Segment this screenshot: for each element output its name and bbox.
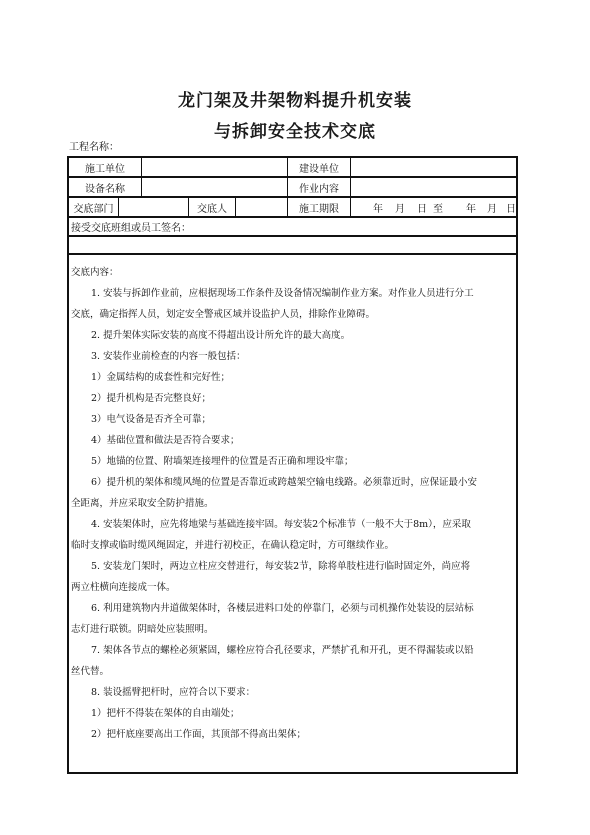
- content-line: 7. 架体各节点的螺栓必须紧固，螺栓应符合孔径要求，严禁扩孔和开孔，更不得漏装或…: [91, 642, 474, 656]
- signature-label: 接受交底班组或员工签名：: [71, 218, 191, 235]
- table-row-signature: 接受交底班组或员工签名：: [69, 218, 516, 237]
- equipment-name-field[interactable]: [141, 178, 287, 196]
- construction-unit-label: 施工单位: [69, 158, 141, 176]
- briefing-dept-label: 交底部门: [69, 198, 118, 216]
- content-line: 交底，确定指挥人员，划定安全警戒区域并设监护人员，排除作业障碍。: [71, 306, 375, 320]
- year-end: 年: [466, 200, 476, 215]
- content-line: 1）把杆不得装在架体的自由端处；: [91, 705, 240, 719]
- content-line: 丝代替。: [71, 663, 109, 677]
- builder-unit-field[interactable]: [350, 158, 516, 176]
- content-line: 全距离，并应采取安全防护措施。: [71, 495, 214, 509]
- table-row-equipment: 设备名称 作业内容: [69, 178, 516, 198]
- content-label: 交底内容：: [71, 264, 119, 278]
- work-content-label: 作业内容: [287, 178, 350, 196]
- briefer-field[interactable]: [235, 198, 287, 216]
- content-line: 6. 利用建筑物内井道做架体时，各楼层进料口处的停靠门，必须与司机操作处装设的层…: [91, 600, 474, 614]
- month-start: 月: [395, 200, 405, 215]
- equipment-name-label: 设备名称: [69, 178, 141, 196]
- year-start: 年: [373, 200, 383, 215]
- period-field[interactable]: 年 月 日 至 年 月 日: [350, 198, 516, 216]
- content-line: 2）提升机构是否完整良好；: [91, 390, 211, 404]
- month-end: 月: [487, 200, 497, 215]
- content-line: 5）地锚的位置、附墙架连接埋件的位置是否正确和埋设牢靠；: [91, 453, 354, 467]
- content-line: 6）提升机的架体和缆风绳的位置是否靠近或跨越架空输电线路。必须靠近时，应保证最小…: [91, 474, 477, 488]
- briefing-content: 交底内容： 1. 安装与拆卸作业前，应根据现场工作条件及设备情况编制作业方案。对…: [69, 255, 516, 772]
- day-start: 日: [417, 200, 427, 215]
- content-line: 3）电气设备是否齐全可靠；: [91, 411, 211, 425]
- briefing-dept-field[interactable]: [118, 198, 188, 216]
- signature-field[interactable]: [69, 237, 516, 255]
- content-line: 5. 安装龙门架时，两边立柱应交替进行，每安装2节，除将单肢柱进行临时固定外，尚…: [91, 558, 470, 572]
- content-line: 临时支撑或临时缆风绳固定，并进行初校正，在确认稳定时，方可继续作业。: [71, 537, 394, 551]
- briefing-form-table: 施工单位 建设单位 设备名称 作业内容 交底部门 交底人 施工期限 年 月 日 …: [67, 156, 518, 774]
- content-line: 2）把杆底座要高出工作面，其顶部不得高出架体；: [91, 726, 306, 740]
- content-line: 1. 安装与拆卸作业前，应根据现场工作条件及设备情况编制作业方案。对作业人员进行…: [91, 285, 474, 299]
- content-line: 3. 安装作业前检查的内容一般包括：: [91, 348, 246, 362]
- document-title-line1: 龙门架及井架物料提升机安装: [0, 86, 590, 111]
- content-line: 4. 安装架体时，应先将地梁与基础连接牢固。每安装2个标准节（一般不大于8m），…: [91, 516, 471, 530]
- content-line: 2. 提升架体实际安装的高度不得超出设计所允许的最大高度。: [91, 327, 350, 341]
- content-line: 志灯进行联锁。阴暗处应装照明。: [71, 621, 214, 635]
- project-name-label: 工程名称：: [69, 138, 119, 153]
- period-label: 施工期限: [287, 198, 350, 216]
- work-content-field[interactable]: [350, 178, 516, 196]
- content-line: 1）金属结构的成套性和完好性；: [91, 369, 230, 383]
- content-line: 4）基础位置和做法是否符合要求；: [91, 432, 240, 446]
- content-line: 两立柱横向连接成一体。: [71, 579, 176, 593]
- table-row-briefing: 交底部门 交底人 施工期限 年 月 日 至 年 月 日: [69, 198, 516, 218]
- construction-unit-field[interactable]: [141, 158, 287, 176]
- day-end: 日: [506, 200, 516, 215]
- briefer-label: 交底人: [188, 198, 235, 216]
- builder-unit-label: 建设单位: [287, 158, 350, 176]
- content-line: 8. 装设摇臂把杆时，应符合以下要求：: [91, 684, 255, 698]
- period-to: 至: [433, 200, 443, 215]
- table-row-units: 施工单位 建设单位: [69, 158, 516, 178]
